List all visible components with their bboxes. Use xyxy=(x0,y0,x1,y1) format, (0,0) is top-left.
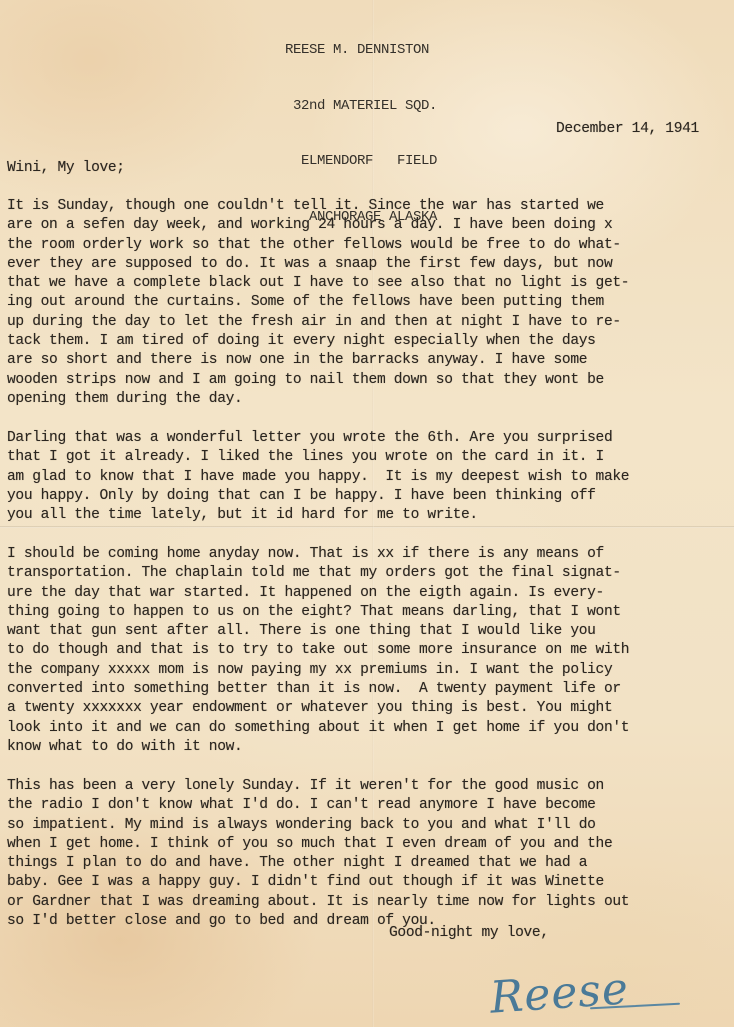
text-line: up during the day to let the fresh air i… xyxy=(7,313,629,332)
letterhead-name: REESE M. DENNISTON xyxy=(285,41,437,60)
text-line: the radio I don't know what I'd do. I ca… xyxy=(7,796,629,815)
text-line: the room orderly work so that the other … xyxy=(7,236,629,255)
text-line: ever they are supposed to do. It was a s… xyxy=(7,255,629,274)
text-line: you all the time lately, but it id hard … xyxy=(7,506,629,525)
paper-fold-horizontal xyxy=(0,526,734,528)
closing-line: Good-night my love, xyxy=(389,924,549,943)
text-line: so impatient. My mind is always wonderin… xyxy=(7,816,629,835)
text-line: look into it and we can do something abo… xyxy=(7,719,629,738)
text-line: want that gun sent after all. There is o… xyxy=(7,622,629,641)
text-line: I should be coming home anyday now. That… xyxy=(7,545,629,564)
text-line: the company xxxxx mom is now paying my x… xyxy=(7,661,629,680)
text-line: ure the day that war started. It happene… xyxy=(7,584,629,603)
salutation: Wini, My love; xyxy=(7,159,125,178)
text-line: converted into something better than it … xyxy=(7,680,629,699)
text-line: when I get home. I think of you so much … xyxy=(7,835,629,854)
text-line: tack them. I am tired of doing it every … xyxy=(7,332,629,351)
paragraph-4: This has been a very lonely Sunday. If i… xyxy=(7,777,629,931)
paragraph-1: It is Sunday, though one couldn't tell i… xyxy=(7,197,629,409)
text-line: opening them during the day. xyxy=(7,390,629,409)
text-line: that I got it already. I liked the lines… xyxy=(7,448,629,467)
text-line: are on a sefen day week, and working 24 … xyxy=(7,216,629,235)
text-line: Darling that was a wonderful letter you … xyxy=(7,429,629,448)
text-line: or Gardner that I was dreaming about. It… xyxy=(7,893,629,912)
text-line: wooden strips now and I am going to nail… xyxy=(7,371,629,390)
letterhead-base: ELMENDORF FIELD xyxy=(285,152,437,171)
paragraph-2: Darling that was a wonderful letter you … xyxy=(7,429,629,525)
text-line: am glad to know that I have made you hap… xyxy=(7,468,629,487)
text-line: transportation. The chaplain told me tha… xyxy=(7,564,629,583)
letter-date: December 14, 1941 xyxy=(556,120,699,139)
text-line: baby. Gee I was a happy guy. I didn't fi… xyxy=(7,873,629,892)
letterhead-unit: 32nd MATERIEL SQD. xyxy=(285,97,437,116)
text-line: know what to do with it now. xyxy=(7,738,629,757)
text-line: thing going to happen to us on the eight… xyxy=(7,603,629,622)
text-line: ing out around the curtains. Some of the… xyxy=(7,293,629,312)
text-line: This has been a very lonely Sunday. If i… xyxy=(7,777,629,796)
text-line: you happy. Only by doing that can I be h… xyxy=(7,487,629,506)
handwritten-signature: Reese xyxy=(488,963,630,1024)
text-line: are so short and there is now one in the… xyxy=(7,351,629,370)
text-line: to do though and that is to try to take … xyxy=(7,641,629,660)
text-line: things I plan to do and have. The other … xyxy=(7,854,629,873)
text-line: a twenty xxxxxxx year endowment or whate… xyxy=(7,699,629,718)
text-line: that we have a complete black out I have… xyxy=(7,274,629,293)
paragraph-3: I should be coming home anyday now. That… xyxy=(7,545,629,757)
text-line: It is Sunday, though one couldn't tell i… xyxy=(7,197,629,216)
